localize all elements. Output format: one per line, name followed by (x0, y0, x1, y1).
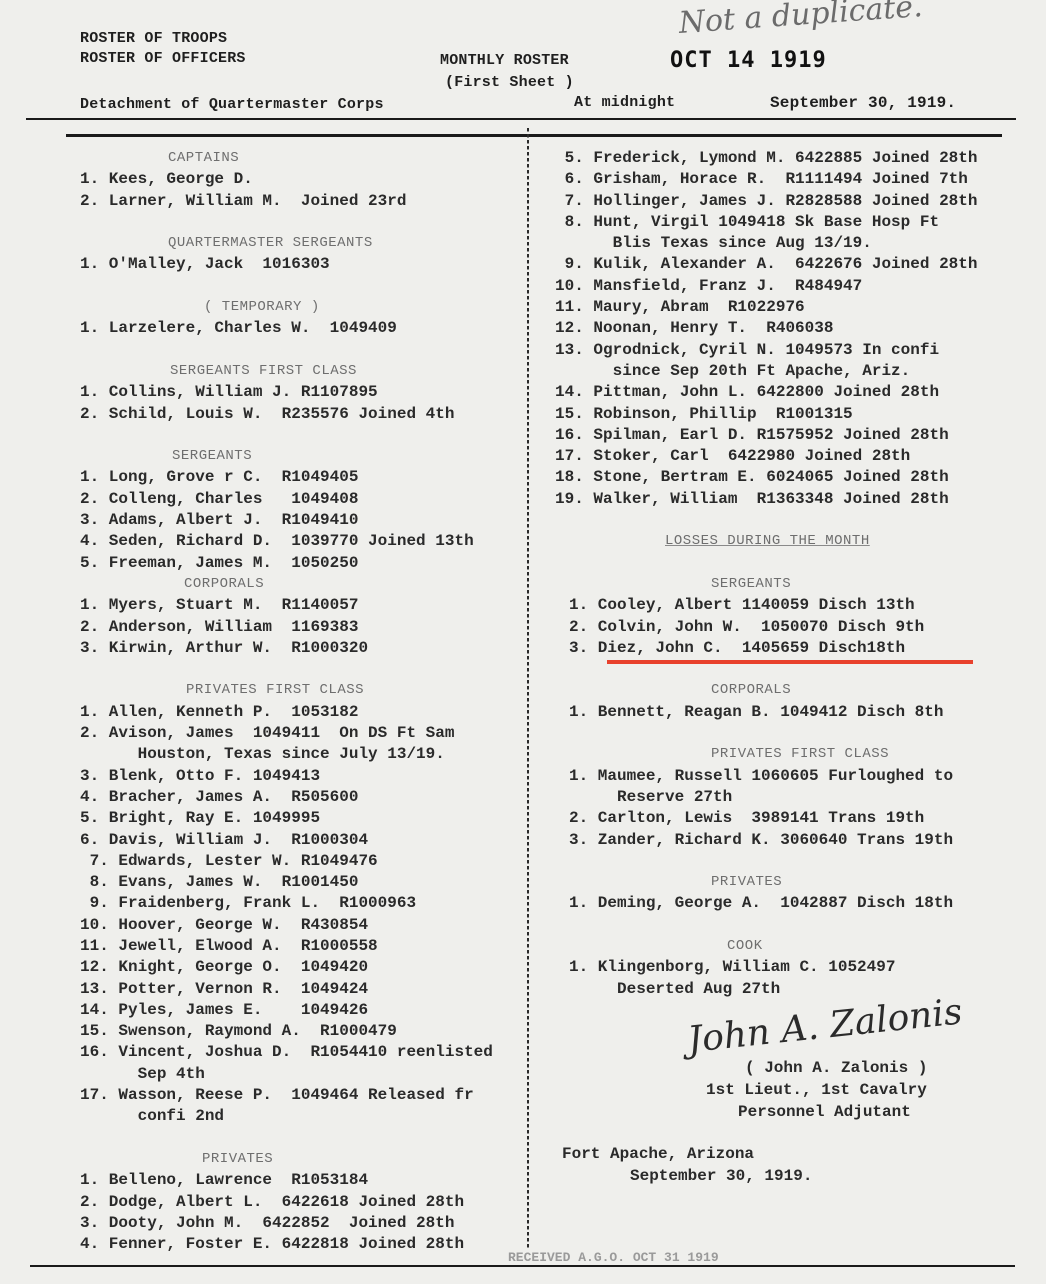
handwritten-signature: John A. Zalonis (686, 991, 964, 1061)
section-title: CORPORALS (569, 680, 1040, 701)
loss-section-privates-first-class: PRIVATES FIRST CLASS 1. Maumee, Russell … (555, 744, 1040, 850)
roster-entry: 10. Mansfield, Franz J. R484947 (555, 276, 1040, 297)
place-date: September 30, 1919. (630, 1166, 812, 1187)
roster-entry: 9. Fraidenberg, Frank L. R1000963 (80, 893, 525, 914)
roster-entry: 2. Larner, William M. Joined 23rd (80, 191, 525, 212)
roster-entry: 1. Collins, William J. R1107895 (80, 382, 525, 403)
roster-entry: 3. Blenk, Otto F. 1049413 (80, 766, 525, 787)
section-corporals: CORPORALS 1. Myers, Stuart M. R1140057 2… (80, 574, 525, 659)
roster-entry: 14. Pittman, John L. 6422800 Joined 28th (555, 382, 1040, 403)
handwritten-note: Not a duplicate. (678, 0, 924, 41)
roster-entry: 16. Spilman, Earl D. R1575952 Joined 28t… (555, 425, 1040, 446)
received-footer-stamp: RECEIVED A.G.O. OCT 31 1919 (508, 1250, 719, 1265)
received-date-stamp: OCT 14 1919 (670, 48, 827, 73)
roster-entry: 1. Klingenborg, William C. 1052497 (569, 957, 1040, 978)
roster-entry: 3. Adams, Albert J. R1049410 (80, 510, 525, 531)
roster-entry: 11. Maury, Abram R1022976 (555, 297, 1040, 318)
roster-entry: Deserted Aug 27th (569, 979, 1040, 1000)
privates-continued: 5. Frederick, Lymond M. 6422885 Joined 2… (555, 148, 1040, 510)
roster-entry: 2. Colvin, John W. 1050070 Disch 9th (569, 617, 1040, 638)
roster-entry: 4. Seden, Richard D. 1039770 Joined 13th (80, 531, 525, 552)
left-column: CAPTAINS 1. Kees, George D. 2. Larner, W… (80, 148, 525, 1255)
roster-entry: Houston, Texas since July 13/19. (80, 744, 525, 765)
roster-date: September 30, 1919. (770, 94, 956, 112)
footer-rule (30, 1265, 1015, 1267)
roster-entry: 17. Wasson, Reese P. 1049464 Released fr (80, 1085, 525, 1106)
roster-entry: 1. Long, Grove r C. R1049405 (80, 467, 525, 488)
roster-entry: 12. Knight, George O. 1049420 (80, 957, 525, 978)
roster-entry: 1. Belleno, Lawrence R1053184 (80, 1170, 525, 1191)
section-title: SERGEANTS (569, 574, 1040, 595)
roster-entry: 4. Bracher, James A. R505600 (80, 787, 525, 808)
roster-entry: 8. Evans, James W. R1001450 (80, 872, 525, 893)
section-title: CORPORALS (80, 574, 525, 595)
roster-entry: 6. Davis, William J. R1000304 (80, 830, 525, 851)
signatory-title: Personnel Adjutant (738, 1102, 911, 1123)
roster-entry: 3. Zander, Richard K. 3060640 Trans 19th (569, 830, 1040, 851)
roster-entry: 2. Anderson, William 1169383 (80, 617, 525, 638)
roster-entry: 1. Maumee, Russell 1060605 Furloughed to (569, 766, 1040, 787)
roster-entry: 1. Deming, George A. 1042887 Disch 18th (569, 893, 1040, 914)
section-title: PRIVATES (80, 1149, 525, 1170)
roster-entry: 2. Dodge, Albert L. 6422618 Joined 28th (80, 1192, 525, 1213)
loss-section-corporals: CORPORALS 1. Bennett, Reagan B. 1049412 … (555, 680, 1040, 723)
roster-document: ROSTER OF TROOPS ROSTER OF OFFICERS MONT… (0, 0, 1046, 1284)
section-title: QUARTERMASTER SERGEANTS (80, 233, 525, 254)
loss-section-cook: COOK 1. Klingenborg, William C. 1052497 … (555, 936, 1040, 1000)
roster-entry: Sep 4th (80, 1064, 525, 1085)
monthly-roster-heading: MONTHLY ROSTER (440, 52, 569, 69)
roster-entry: 4. Fenner, Foster E. 6422818 Joined 28th (80, 1234, 525, 1255)
roster-entry: 18. Stone, Bertram E. 6024065 Joined 28t… (555, 467, 1040, 488)
header-rule-thick (66, 134, 1002, 137)
section-title: PRIVATES (569, 872, 1040, 893)
roster-entry: 2. Avison, James 1049411 On DS Ft Sam (80, 723, 525, 744)
section-title: SERGEANTS (80, 446, 525, 467)
roster-entry: 2. Schild, Louis W. R235576 Joined 4th (80, 404, 525, 425)
roster-entry: 1. Allen, Kenneth P. 1053182 (80, 702, 525, 723)
roster-entry: 6. Grisham, Horace R. R1111494 Joined 7t… (555, 169, 1040, 190)
highlight-underline (607, 660, 973, 664)
roster-entry: 5. Freeman, James M. 1050250 (80, 553, 525, 574)
roster-entry: 15. Swenson, Raymond A. R1000479 (80, 1021, 525, 1042)
section-title: COOK (569, 936, 1040, 957)
roster-entry: 1. O'Malley, Jack 1016303 (80, 254, 525, 275)
roster-of-officers-heading: ROSTER OF OFFICERS (80, 50, 246, 67)
roster-entry: 3. Diez, John C. 1405659 Disch18th (569, 638, 1040, 659)
roster-entry: 5. Frederick, Lymond M. 6422885 Joined 2… (555, 148, 1040, 169)
roster-entry: 13. Ogrodnick, Cyril N. 1049573 In confi (555, 340, 1040, 361)
section-title: ( TEMPORARY ) (80, 297, 525, 318)
section-sergeants-first-class: SERGEANTS FIRST CLASS 1. Collins, Willia… (80, 361, 525, 425)
roster-of-troops-heading: ROSTER OF TROOPS (80, 30, 227, 47)
header-rule (26, 118, 1016, 120)
place-label: Fort Apache, Arizona (562, 1144, 754, 1165)
roster-entry: confi 2nd (80, 1106, 525, 1127)
section-privates-first-class: PRIVATES FIRST CLASS 1. Allen, Kenneth P… (80, 680, 525, 1127)
roster-entry: 1. Cooley, Albert 1140059 Disch 13th (569, 595, 1040, 616)
signatory-rank: 1st Lieut., 1st Cavalry (706, 1080, 927, 1101)
section-title: PRIVATES FIRST CLASS (80, 680, 525, 701)
section-privates: PRIVATES 1. Belleno, Lawrence R1053184 2… (80, 1149, 525, 1255)
column-divider (527, 128, 529, 1248)
section-sergeants: SERGEANTS 1. Long, Grove r C. R1049405 2… (80, 446, 525, 574)
roster-entry: 3. Dooty, John M. 6422852 Joined 28th (80, 1213, 525, 1234)
roster-entry: 1. Bennett, Reagan B. 1049412 Disch 8th (569, 702, 1040, 723)
roster-entry: 7. Hollinger, James J. R2828588 Joined 2… (555, 191, 1040, 212)
roster-entry: 12. Noonan, Henry T. R406038 (555, 318, 1040, 339)
roster-entry: 2. Colleng, Charles 1049408 (80, 489, 525, 510)
roster-entry: 17. Stoker, Carl 6422980 Joined 28th (555, 446, 1040, 467)
roster-entry: 11. Jewell, Elwood A. R1000558 (80, 936, 525, 957)
roster-entry: 1. Kees, George D. (80, 169, 525, 190)
roster-entry: 19. Walker, William R1363348 Joined 28th (555, 489, 1040, 510)
section-title: CAPTAINS (80, 148, 525, 169)
roster-entry: 5. Bright, Ray E. 1049995 (80, 808, 525, 829)
roster-entry: Blis Texas since Aug 13/19. (555, 233, 1040, 254)
detachment-label: Detachment of Quartermaster Corps (80, 96, 384, 113)
roster-entry: 15. Robinson, Phillip R1001315 (555, 404, 1040, 425)
roster-entry: 10. Hoover, George W. R430854 (80, 915, 525, 936)
loss-section-privates: PRIVATES 1. Deming, George A. 1042887 Di… (555, 872, 1040, 915)
section-quartermaster-sergeants: QUARTERMASTER SERGEANTS 1. O'Malley, Jac… (80, 233, 525, 276)
section-captains: CAPTAINS 1. Kees, George D. 2. Larner, W… (80, 148, 525, 212)
roster-entry: 13. Potter, Vernon R. 1049424 (80, 979, 525, 1000)
roster-entry: 8. Hunt, Virgil 1049418 Sk Base Hosp Ft (555, 212, 1040, 233)
roster-entry: 9. Kulik, Alexander A. 6422676 Joined 28… (555, 254, 1040, 275)
roster-entry: 16. Vincent, Joshua D. R1054410 reenlist… (80, 1042, 525, 1063)
section-title: PRIVATES FIRST CLASS (569, 744, 1040, 765)
roster-entry: 3. Kirwin, Arthur W. R1000320 (80, 638, 525, 659)
loss-section-sergeants: SERGEANTS 1. Cooley, Albert 1140059 Disc… (555, 574, 1040, 659)
right-column: 5. Frederick, Lymond M. 6422885 Joined 2… (555, 148, 1040, 1000)
roster-entry: 2. Carlton, Lewis 3989141 Trans 19th (569, 808, 1040, 829)
losses-title: LOSSES DURING THE MONTH (555, 531, 1040, 552)
roster-entry: 14. Pyles, James E. 1049426 (80, 1000, 525, 1021)
roster-entry: 1. Larzelere, Charles W. 1049409 (80, 318, 525, 339)
roster-entry: 1. Myers, Stuart M. R1140057 (80, 595, 525, 616)
section-temporary: ( TEMPORARY ) 1. Larzelere, Charles W. 1… (80, 297, 525, 340)
at-midnight-label: At midnight (574, 94, 675, 111)
roster-entry: Reserve 27th (569, 787, 1040, 808)
section-title: SERGEANTS FIRST CLASS (80, 361, 525, 382)
roster-entry: since Sep 20th Ft Apache, Ariz. (555, 361, 1040, 382)
first-sheet-label: (First Sheet ) (445, 74, 574, 91)
roster-entry: 7. Edwards, Lester W. R1049476 (80, 851, 525, 872)
signatory-name: ( John A. Zalonis ) (745, 1058, 927, 1079)
